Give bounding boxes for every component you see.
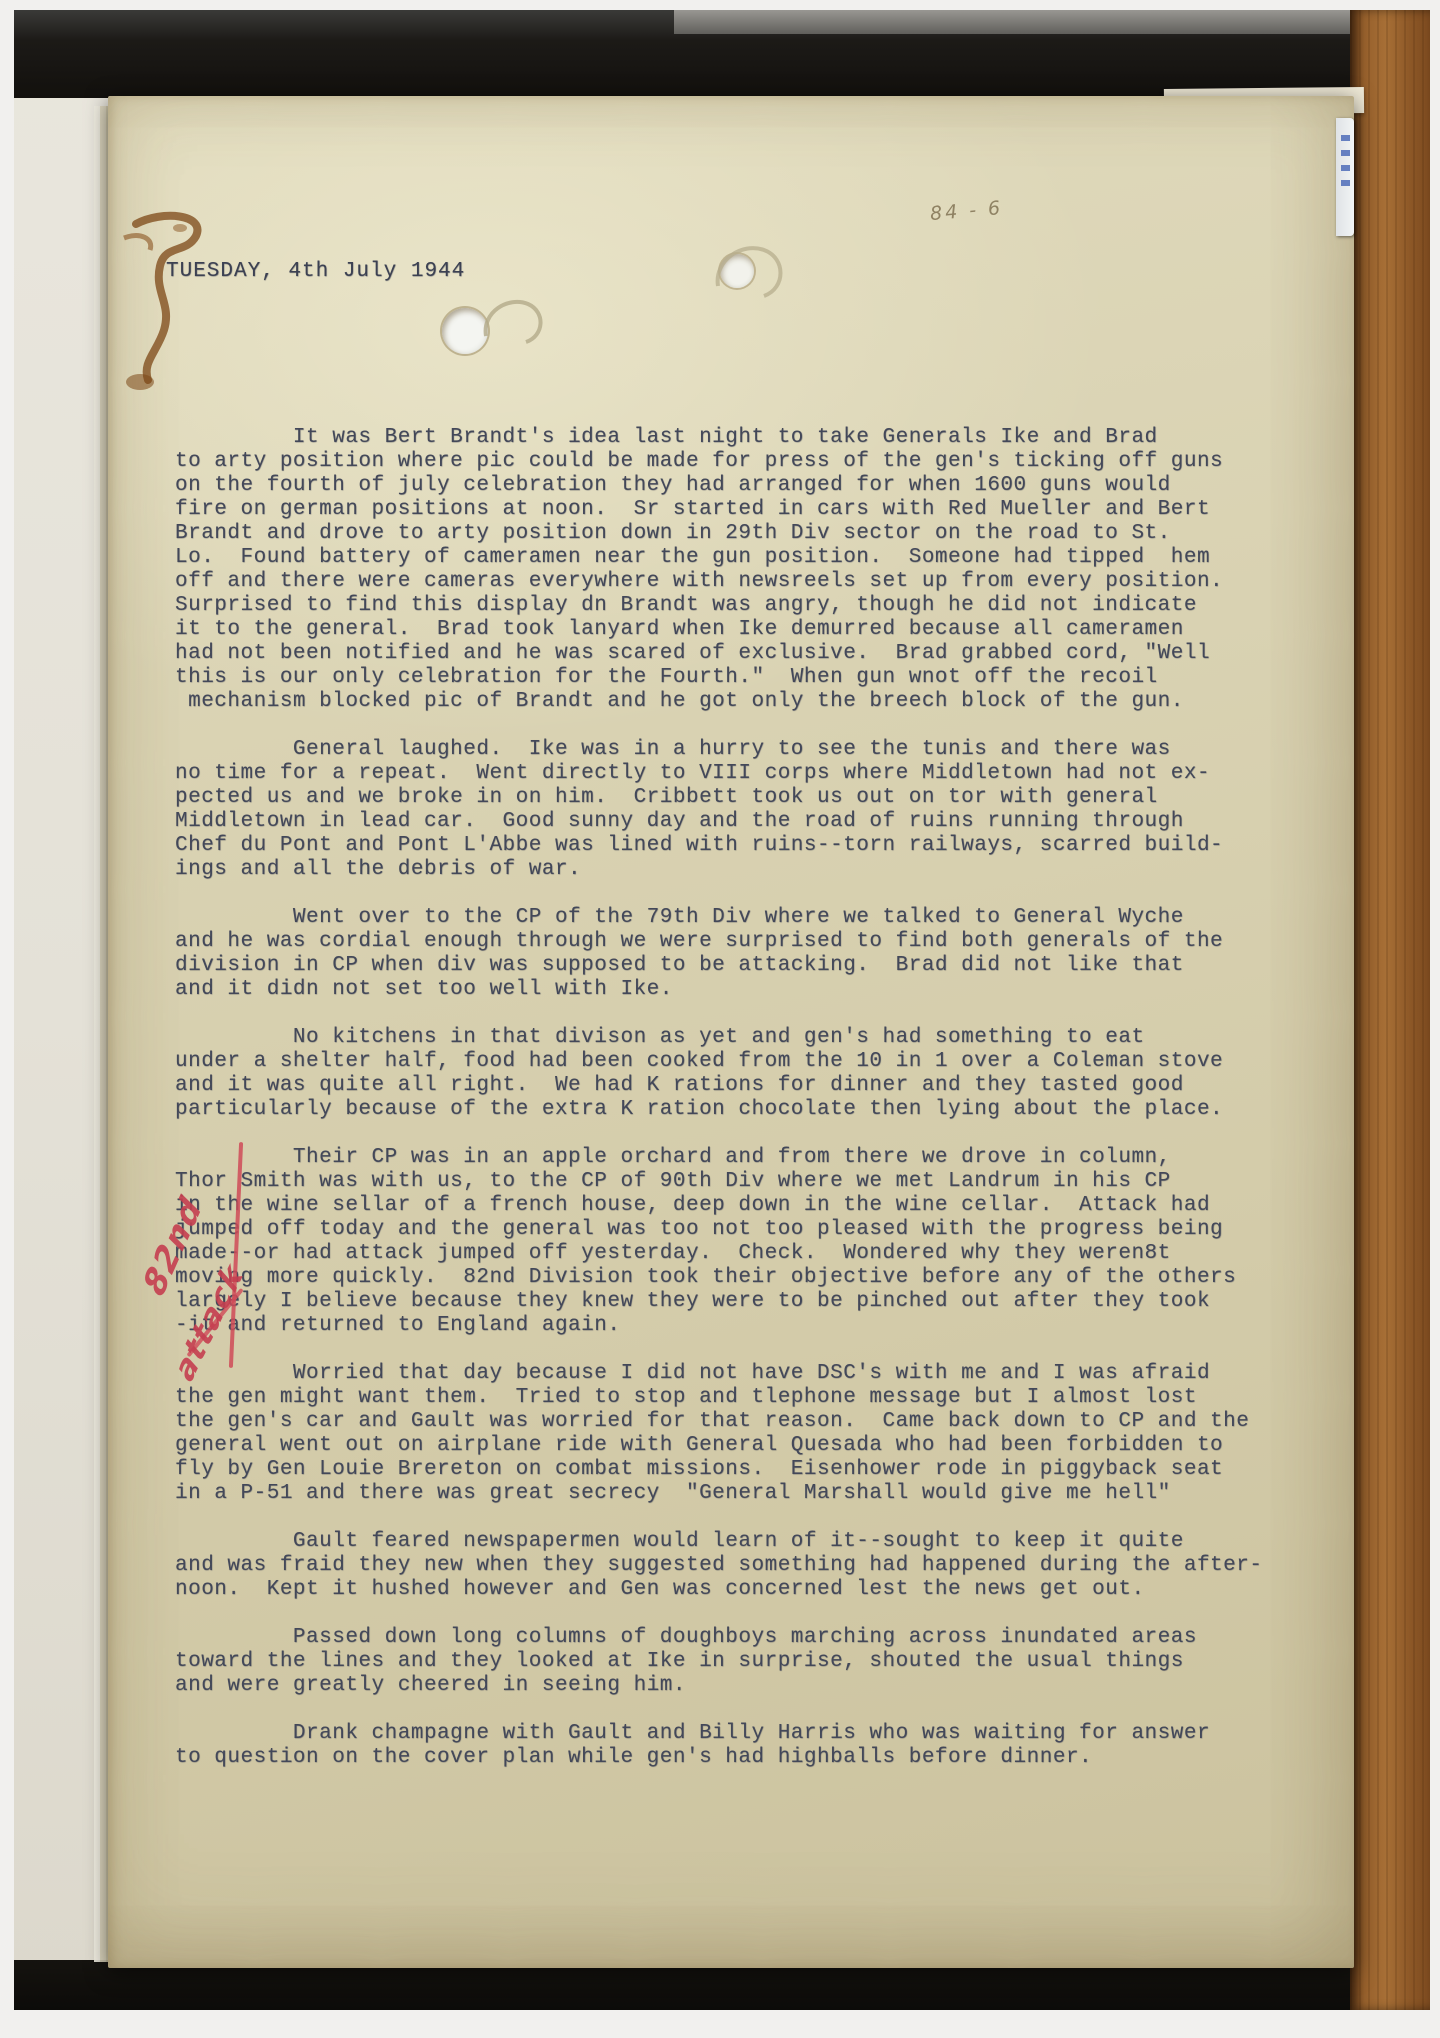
torn-paper-curl (480, 292, 560, 372)
wooden-table-edge (1350, 10, 1430, 2010)
diary-paragraph: No kitchens in that divison as yet and g… (175, 1026, 1305, 1122)
diary-body: It was Bert Brandt's idea last night to … (175, 426, 1305, 1770)
diary-paragraph: Their CP was in an apple orchard and fro… (175, 1146, 1305, 1338)
punch-hole (442, 308, 488, 354)
diary-paragraph: Worried that day because I did not have … (175, 1362, 1305, 1506)
photograph-of-document: 84 - 6 TUESDAY, 4th July 1944 It was Ber… (14, 10, 1430, 2010)
diary-paragraph: General laughed. Ike was in a hurry to s… (175, 738, 1305, 882)
diary-paragraph: Went over to the CP of the 79th Div wher… (175, 906, 1305, 1002)
date-heading: TUESDAY, 4th July 1944 (166, 260, 465, 283)
diary-paragraph: Passed down long columns of doughboys ma… (175, 1626, 1305, 1698)
ink-stain (110, 204, 270, 404)
punch-hole (720, 254, 754, 288)
pencil-note: 84 - 6 (929, 197, 1004, 225)
scanned-diary-page: { "document": { "heading": "TUESDAY, 4th… (0, 0, 1440, 2038)
diary-paragraph: Drank champagne with Gault and Billy Har… (175, 1722, 1305, 1770)
index-tab (1336, 118, 1354, 236)
diary-paragraph: Gault feared newspapermen would learn of… (175, 1530, 1305, 1602)
background-highlight-strip (674, 10, 1354, 34)
diary-page: 84 - 6 TUESDAY, 4th July 1944 It was Ber… (108, 96, 1354, 1968)
diary-paragraph: It was Bert Brandt's idea last night to … (175, 426, 1305, 714)
